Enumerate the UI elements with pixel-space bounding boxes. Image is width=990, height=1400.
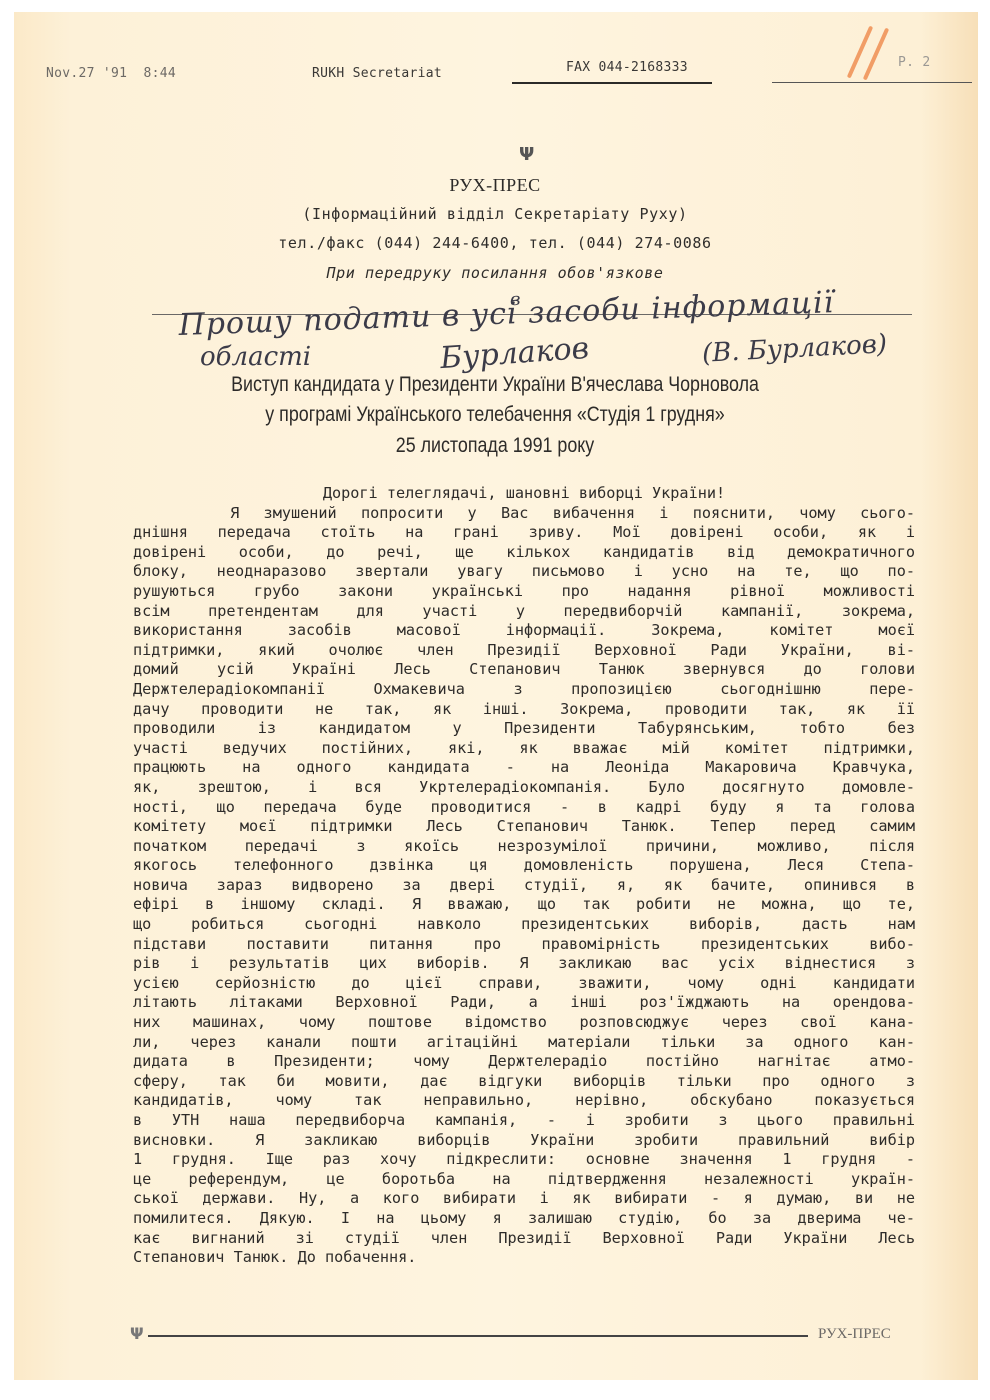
fax-page-number: P. 2 [898,55,931,70]
fax-number: FAX 044-2168333 [566,60,688,75]
letterhead-contacts: тел./факс (044) 244-6400, тел. (044) 274… [0,234,990,252]
speech-line: підстави поставити питання про правомірн… [133,935,915,955]
speech-line: ської держави. Ну, а кого вибирати і як … [133,1189,915,1209]
speech-line: дидата в Президенти; чому Держтелерадіо … [133,1052,915,1072]
letterhead-department: (Інформаційний відділ Секретаріату Руху) [0,205,990,223]
speech-line: це референдум, це боротьба на підтвердже… [133,1170,915,1190]
handwritten-instruction-cont: області [200,342,311,372]
speech-line: літають літаками Верховної Ради, а інші … [133,993,915,1013]
speech-line: 1 грудня. Іще раз хочу підкреслити: осно… [133,1150,915,1170]
fax-sender: RUKH Secretariat [312,66,442,81]
speech-line: них машинах, чому поштове відомство розп… [133,1013,915,1033]
speech-line: в УТН наша передвиборча кампанія, - і зр… [133,1111,915,1131]
document-title-line-1: Виступ кандидата у Президенти України В'… [74,373,916,397]
speech-line: сферу, так би мовити, дає відгуки виборц… [133,1072,915,1092]
speech-line: кає вигнаний зі студії член Президії Вер… [133,1229,915,1249]
speech-line: днішня передача стоїть на грані зриву. М… [133,523,915,543]
speech-line: блоку, неоднаразово звертали увагу письм… [133,562,915,582]
speech-line: Степанович Танюк. До побачення. [133,1248,915,1268]
fax-header-underline [512,82,712,84]
speech-line: як, зрештою, і вся Укртелерадіокомпанія.… [133,778,915,798]
speech-line: ефірі в іншому складі. Я вважаю, що так … [133,895,915,915]
document-title-line-2: у програмі Українського телебачення «Сту… [74,403,916,427]
letterhead-brand: РУХ-ПРЕС [0,175,990,196]
speech-line: помилитеся. Дякую. І на цьому я залишаю … [133,1209,915,1229]
speech-line: Держтелерадіокомпанії Охмакевича з пропо… [133,680,915,700]
speech-line: дачу проводити не так, як інші. Зокрема,… [133,700,915,720]
speech-line: довірені особи, до речі, ще кількох канд… [133,543,915,563]
speech-line: всім претендентам для участі у передвибо… [133,602,915,622]
speech-line: працюють на одного кандидата - на Леонід… [133,758,915,778]
speech-line: Я змушений попросити у Вас вибачення і п… [133,504,915,524]
footer-brand: РУХ-ПРЕС [818,1326,891,1343]
speech-line: кандидатів, чому так неправильно, нерівн… [133,1091,915,1111]
trident-emblem-icon: Ψ [130,1324,144,1343]
speech-line: висновки. Я закликаю виборців України зр… [133,1131,915,1151]
speech-line: використання засобів масової інформації.… [133,621,915,641]
speech-line: ності, що передача буде проводитися - в … [133,798,915,818]
speech-line: початком передачі з якоїсь незрозумілої … [133,837,915,857]
speech-line: якогось телефонного дзвінка ця домовлені… [133,856,915,876]
speech-line: що робиться сьогодні навколо президентсь… [133,915,915,935]
speech-line: домий усій Україні Лесь Степанович Танюк… [133,660,915,680]
letterhead-reprint-note: При передруку посилання обов'язкове [0,264,990,282]
speech-line: усією серйозністю до цієї справи, зважит… [133,974,915,994]
footer-rule [148,1335,808,1337]
speech-line: новича зараз видворено за двері студії, … [133,876,915,896]
speech-line: рушуються грубо закони українські про на… [133,582,915,602]
speech-line: підтримки, який очолює член Президії Вер… [133,641,915,661]
speech-line: комітету моєї підтримки Лесь Степанович … [133,817,915,837]
fax-header-underline-right [772,82,972,83]
trident-emblem-icon: Ψ [519,144,534,165]
document-title-date: 25 листопада 1991 року [74,434,916,458]
speech-line: ли, через канали пошти агітаційні матері… [133,1033,915,1053]
speech-greeting: Дорогі телеглядачі, шановні виборці Укра… [133,484,915,504]
speech-body: Дорогі телеглядачі, шановні виборці Укра… [133,484,915,1268]
speech-line: участі ведучих постійних, які, як вважає… [133,739,915,759]
fax-datetime: Nov.27 '91 8:44 [46,66,176,81]
speech-line: рів і результатів цих виборів. Я заклика… [133,954,915,974]
speech-line: проводили із кандидатом у Президенти Таб… [133,719,915,739]
